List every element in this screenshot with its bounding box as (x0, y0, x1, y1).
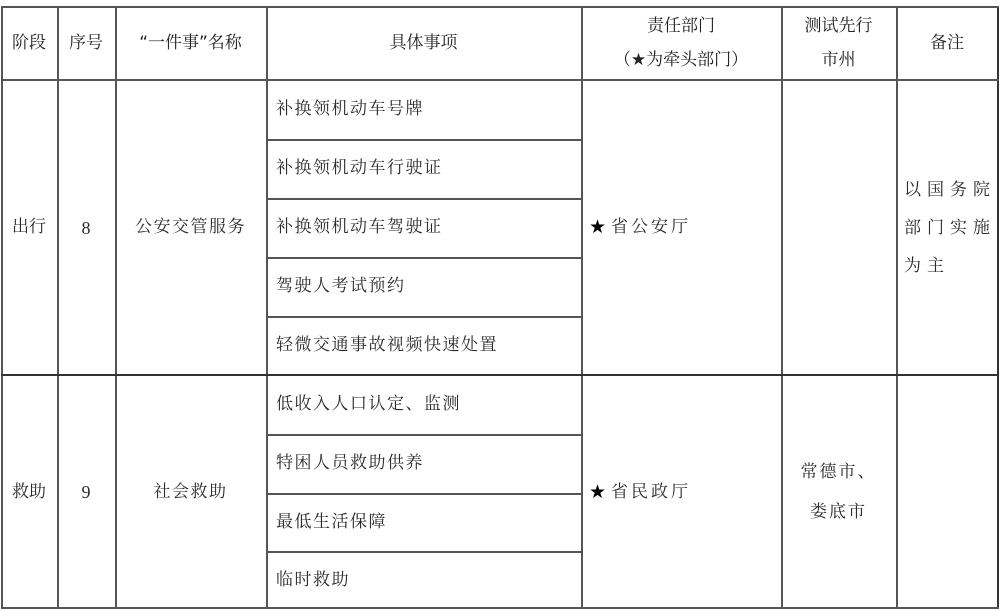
grid-line (1, 607, 999, 609)
header-city-line2: 市州 (822, 43, 856, 77)
lead-star-icon: ★ (589, 483, 609, 502)
city-cell: 常德市、 娄底市 (781, 375, 896, 609)
item-cell: 低收入人口认定、监测 (266, 375, 581, 434)
note-cell: 以国务院 部门实施 为主 (896, 80, 998, 375)
dept-name: 省公安厅 (611, 219, 691, 236)
item-cell: 临时救助 (266, 551, 581, 609)
grid-line (57, 6, 59, 609)
grid-line (266, 493, 581, 495)
header-seq: 序号 (57, 6, 115, 80)
name-cell: 社会救助 (115, 375, 266, 609)
stage-cell: 出行 (1, 80, 57, 375)
grid-line (266, 257, 581, 259)
item-cell: 特困人员救助供养 (266, 434, 581, 493)
name-cell: 公安交管服务 (115, 80, 266, 375)
note-line2: 部门实施 (904, 209, 996, 247)
item-cell: 补换领机动车号牌 (266, 80, 581, 139)
header-stage: 阶段 (1, 6, 57, 80)
note-cell (896, 375, 998, 609)
header-name: “一件事”名称 (115, 6, 266, 80)
grid-line (896, 6, 898, 609)
grid-line (997, 6, 999, 609)
header-dept: 责任部门 （★为牵头部门） (581, 6, 781, 80)
note-line1: 以国务院 (904, 171, 996, 209)
city-line1: 常德市、 (801, 452, 877, 492)
grid-line (581, 6, 583, 609)
dept-cell: ★ 省民政厅 (581, 375, 781, 609)
service-table: 阶段 序号 “一件事”名称 具体事项 责任部门 （★为牵头部门） 测试先行 市州… (1, 6, 998, 609)
grid-line (1, 79, 999, 81)
seq-cell: 8 (57, 80, 115, 375)
city-cell (781, 80, 896, 375)
header-items: 具体事项 (266, 6, 581, 80)
header-dept-line1: 责任部门 (647, 9, 715, 43)
lead-star-icon: ★ (589, 218, 609, 237)
note-line3: 为主 (904, 247, 950, 285)
item-cell: 最低生活保障 (266, 493, 581, 551)
header-city: 测试先行 市州 (781, 6, 896, 80)
item-cell: 轻微交通事故视频快速处置 (266, 316, 581, 375)
grid-line (1, 6, 3, 609)
grid-line (266, 551, 581, 553)
seq-cell: 9 (57, 375, 115, 609)
item-cell: 补换领机动车行驶证 (266, 139, 581, 198)
dept-name: 省民政厅 (611, 484, 691, 501)
grid-line (266, 139, 581, 141)
stage-cell: 救助 (1, 375, 57, 609)
item-cell: 补换领机动车驾驶证 (266, 198, 581, 257)
grid-line (266, 316, 581, 318)
header-city-line1: 测试先行 (805, 9, 873, 43)
header-dept-line2: （★为牵头部门） (614, 43, 748, 77)
grid-line (266, 434, 581, 436)
grid-line (266, 6, 268, 609)
grid-line (266, 198, 581, 200)
grid-line (1, 374, 999, 376)
city-line2: 娄底市 (810, 492, 867, 532)
grid-line (781, 6, 783, 609)
item-cell: 驾驶人考试预约 (266, 257, 581, 316)
grid-line (1, 6, 999, 8)
dept-cell: ★ 省公安厅 (581, 80, 781, 375)
header-note: 备注 (896, 6, 998, 80)
grid-line (115, 6, 117, 609)
